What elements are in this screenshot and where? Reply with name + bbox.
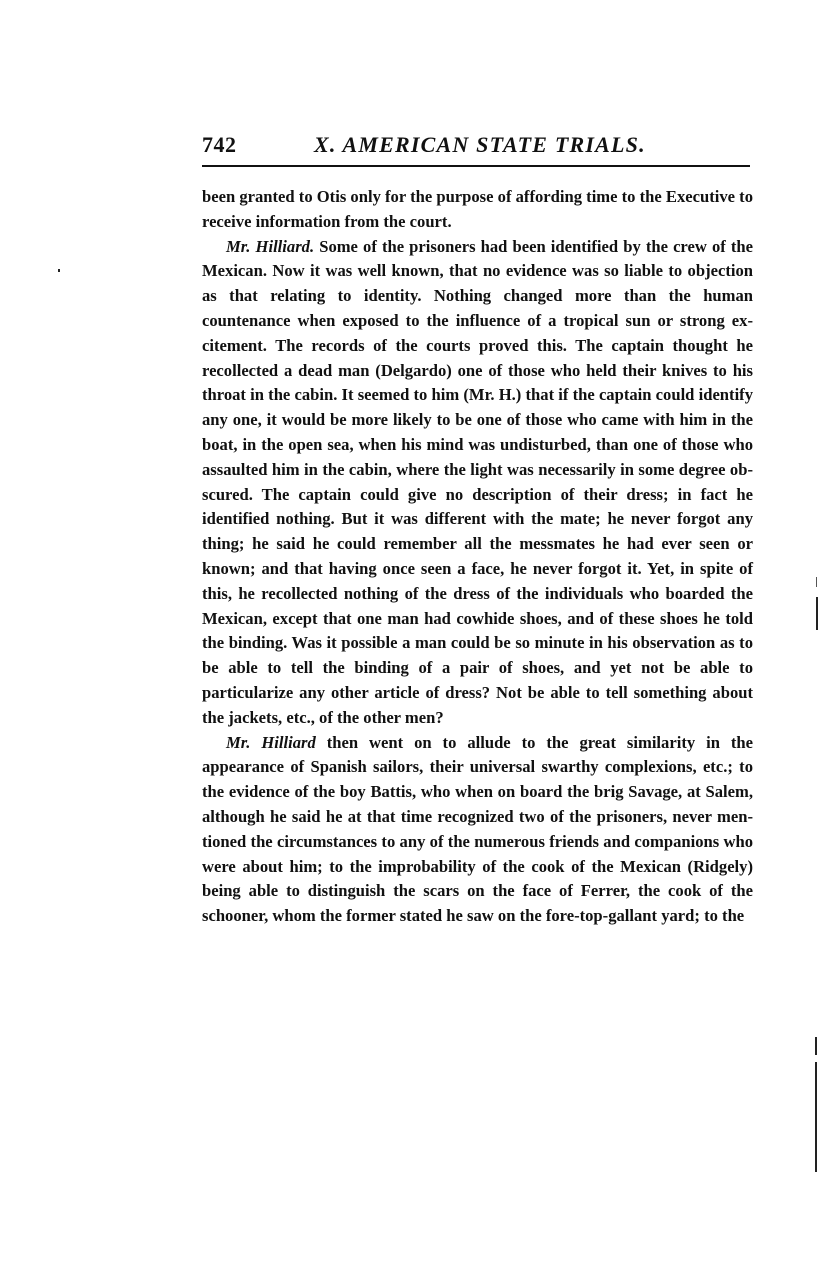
paragraph-text: been granted to Otis only for the purpos…: [202, 187, 753, 231]
running-head: 742 X. AMERICAN STATE TRIALS.: [202, 132, 752, 162]
paragraph-2: Mr. Hilliard. Some of the prisoners had …: [202, 235, 753, 731]
speaker-name: Mr. Hilliard.: [226, 237, 314, 256]
header-rule: [202, 165, 750, 167]
scan-speck-left: [58, 269, 60, 272]
paragraph-text: Some of the prisoners had been identifie…: [202, 237, 753, 727]
running-title: X. AMERICAN STATE TRIALS.: [314, 132, 646, 158]
scan-mark-right-dots: [816, 577, 817, 587]
paragraph-3: Mr. Hilliard then went on to allude to t…: [202, 731, 753, 929]
scan-mark-right-upper: [816, 597, 818, 630]
paragraph-1: been granted to Otis only for the purpos…: [202, 185, 753, 235]
scan-mark-right-lower-2: [815, 1062, 817, 1172]
paragraph-text: then went on to allude to the great simi…: [202, 733, 753, 926]
body-text: been granted to Otis only for the purpos…: [202, 185, 753, 929]
speaker-name: Mr. Hilliard: [226, 733, 316, 752]
book-page: 742 X. AMERICAN STATE TRIALS. been grant…: [0, 0, 836, 1284]
scan-mark-right-lower-1: [815, 1037, 817, 1055]
page-number: 742: [202, 132, 237, 158]
